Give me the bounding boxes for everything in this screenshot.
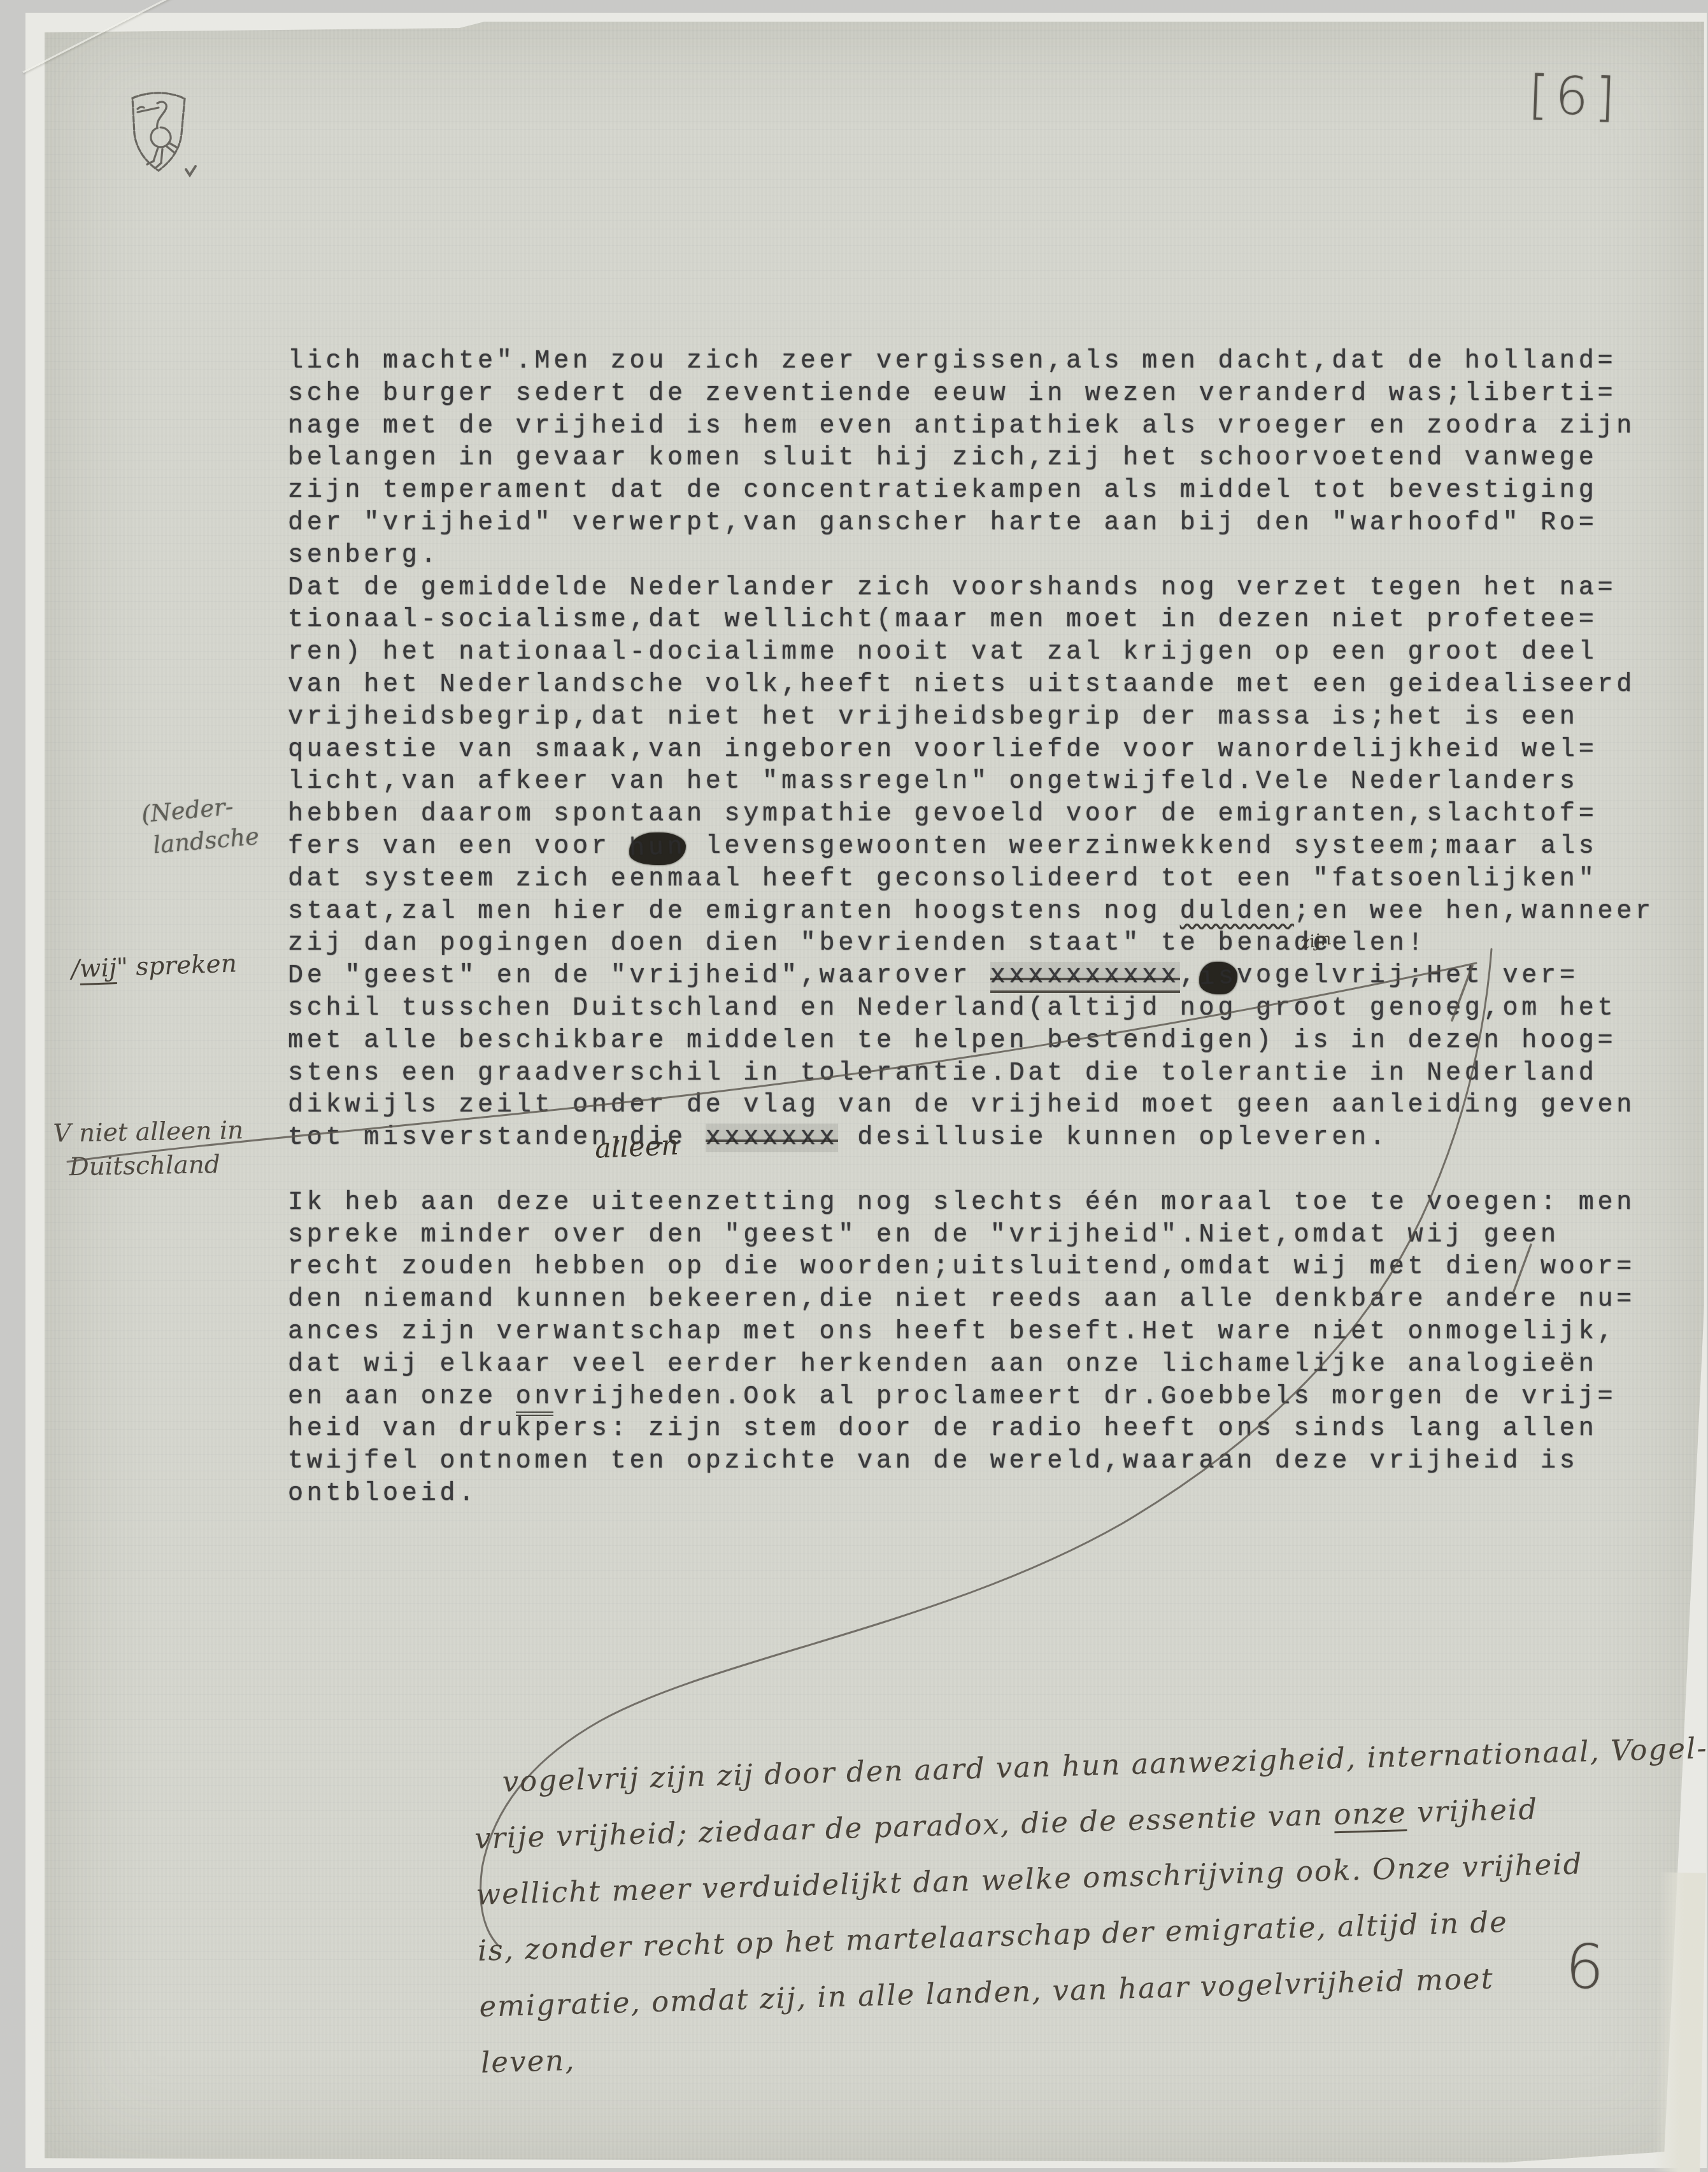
typed-line: der "vrijheid" verwerpt,van ganscher har… [288,508,1708,540]
typed-line: met alle beschikbare middelen te helpen … [288,1025,1708,1058]
hand-underlined-word: dulden [1180,897,1294,926]
typed-line: dat wij elkaar veel eerder herkenden aan… [288,1349,1708,1382]
handwritten-insertion-alleen: alleen [594,1129,680,1165]
margin-note-niet-alleen-in-duitschland: V niet alleen inDuitschland [53,1114,245,1184]
typed-segment: vrijheden.Ook al proclameert dr.Goebbels… [553,1383,1616,1411]
typed-line: vrijheidsbegrip,dat niet het vrijheidsbe… [288,702,1708,734]
underlined-word: onze [1334,1796,1407,1833]
typed-line: twijfel ontnomen ten opzichte van de wer… [288,1446,1708,1478]
typed-line: spreke minder over den "geest" en de "vr… [288,1220,1708,1252]
typed-line: zijn temperament dat de concentratiekamp… [288,475,1708,508]
typed-line: recht zouden hebben op die woorden;uitsl… [288,1252,1708,1284]
typed-line: ances zijn verwantschap met ons heeft be… [288,1317,1708,1349]
scanned-typescript-page: [6] lich machte".Men zou zich zeer vergi… [0,0,1708,2172]
typed-line: quaestie van smaak,van ingeboren voorlie… [288,734,1708,767]
margin-note-line: (Neder- [140,792,234,827]
typed-line-struck-hun: fers van een voor hun levensgewoonten we… [288,831,1708,864]
typed-line: senberg. [288,540,1708,573]
typed-segment: vogelvrij;Het ver= [1237,962,1578,990]
handwritten-segment: vrijheid [1406,1792,1539,1829]
typed-segment: levensgewoonten weerzinwekkend systeem;m… [687,832,1598,861]
typed-line: tionaal-socialisme,dat wellicht(maar men… [288,604,1708,637]
typed-line: schil tusschen Duitschland en Nederland(… [288,993,1708,1025]
page-number-top: [6] [1527,64,1622,128]
blank-line [288,1155,1708,1187]
typed-line: dikwijls zeilt onder de vlag van de vrij… [288,1090,1708,1122]
typed-line: Dat de gemiddelde Nederlander zich voors… [288,573,1708,605]
page-number-bottom: 6 [1563,1930,1606,2003]
typed-line: den niemand kunnen bekeeren,die niet ree… [288,1284,1708,1317]
typed-line: licht,van afkeer van het "massregeln" on… [288,766,1708,799]
typed-segment: desillusie kunnen opleveren. [838,1124,1388,1152]
ink-blotted-word: hun [629,831,687,866]
typed-line: sche burger sedert de zeventiende eeuw i… [288,378,1708,411]
typed-line: ontbloeid. [288,1478,1708,1511]
margin-note-line: V niet alleen in [53,1116,244,1148]
typed-line-dulden: staat,zal men hier de emigranten hoogste… [288,896,1708,929]
margin-note-text: " spreken [116,949,237,982]
typed-segment: staat,zal men hier de emigranten hoogste… [288,897,1180,926]
typed-line: zij dan pogingen doen dien "bevrienden s… [288,928,1708,961]
typed-strikeout-word: xxxxxxxxxx [990,962,1180,993]
typed-strikeout-word: xxxxxxx [706,1124,839,1152]
typed-line-geest: De "geest" en de "vrijheid",waarover xxx… [288,961,1708,993]
typed-segment: , [1180,962,1199,990]
typed-line: ren) het nationaal-docialimme nooit vat … [288,637,1708,669]
margin-note-line: Duitschland [69,1150,220,1182]
margin-note-line: landsche [152,822,260,859]
typed-line: Ik heb aan deze uiteenzetting nog slecht… [288,1187,1708,1220]
underlined-syllable: on [516,1383,554,1416]
typed-line: lich machte".Men zou zich zeer vergissen… [288,346,1708,378]
typed-line: nage met de vrijheid is hem even antipat… [288,411,1708,443]
handwritten-paragraph: vogelvrij zijn zij door den aard van hun… [473,1731,1708,2102]
typed-line: hebben daarom spontaan sympathie gevoeld… [288,799,1708,831]
margin-note-wij-spreken: /wij" spreken [71,947,238,987]
typed-segment: en aan onze [288,1383,516,1411]
typed-line: heid van drukpers: zijn stem door de rad… [288,1413,1708,1446]
typed-line: belangen in gevaar komen sluit hij zich,… [288,443,1708,475]
typed-segment: ;en wee hen,wanneer [1294,897,1655,926]
typed-line: van het Nederlandsche volk,heeft niets u… [288,669,1708,702]
margin-note-nederlandsche: (Neder-landsche [140,789,260,862]
typed-line-misverstanden: tot misverstanden,die xxxxxxx desillusie… [288,1122,1708,1155]
typed-line: dat systeem zich eenmaal heeft geconsoli… [288,864,1708,896]
underlined-word: wij [79,954,117,985]
typed-text-block: lich machte".Men zou zich zeer vergissen… [288,346,1708,1511]
typed-segment: fers van een voor [288,832,629,861]
typed-segment: De "geest" en de "vrijheid",waarover [288,962,990,990]
typed-line-onvrijheden: en aan onze onvrijheden.Ook al proclamee… [288,1382,1708,1414]
ink-blotted-word: is [1199,961,1237,995]
typed-line: stens een graadverschil in tolerantie.Da… [288,1058,1708,1090]
